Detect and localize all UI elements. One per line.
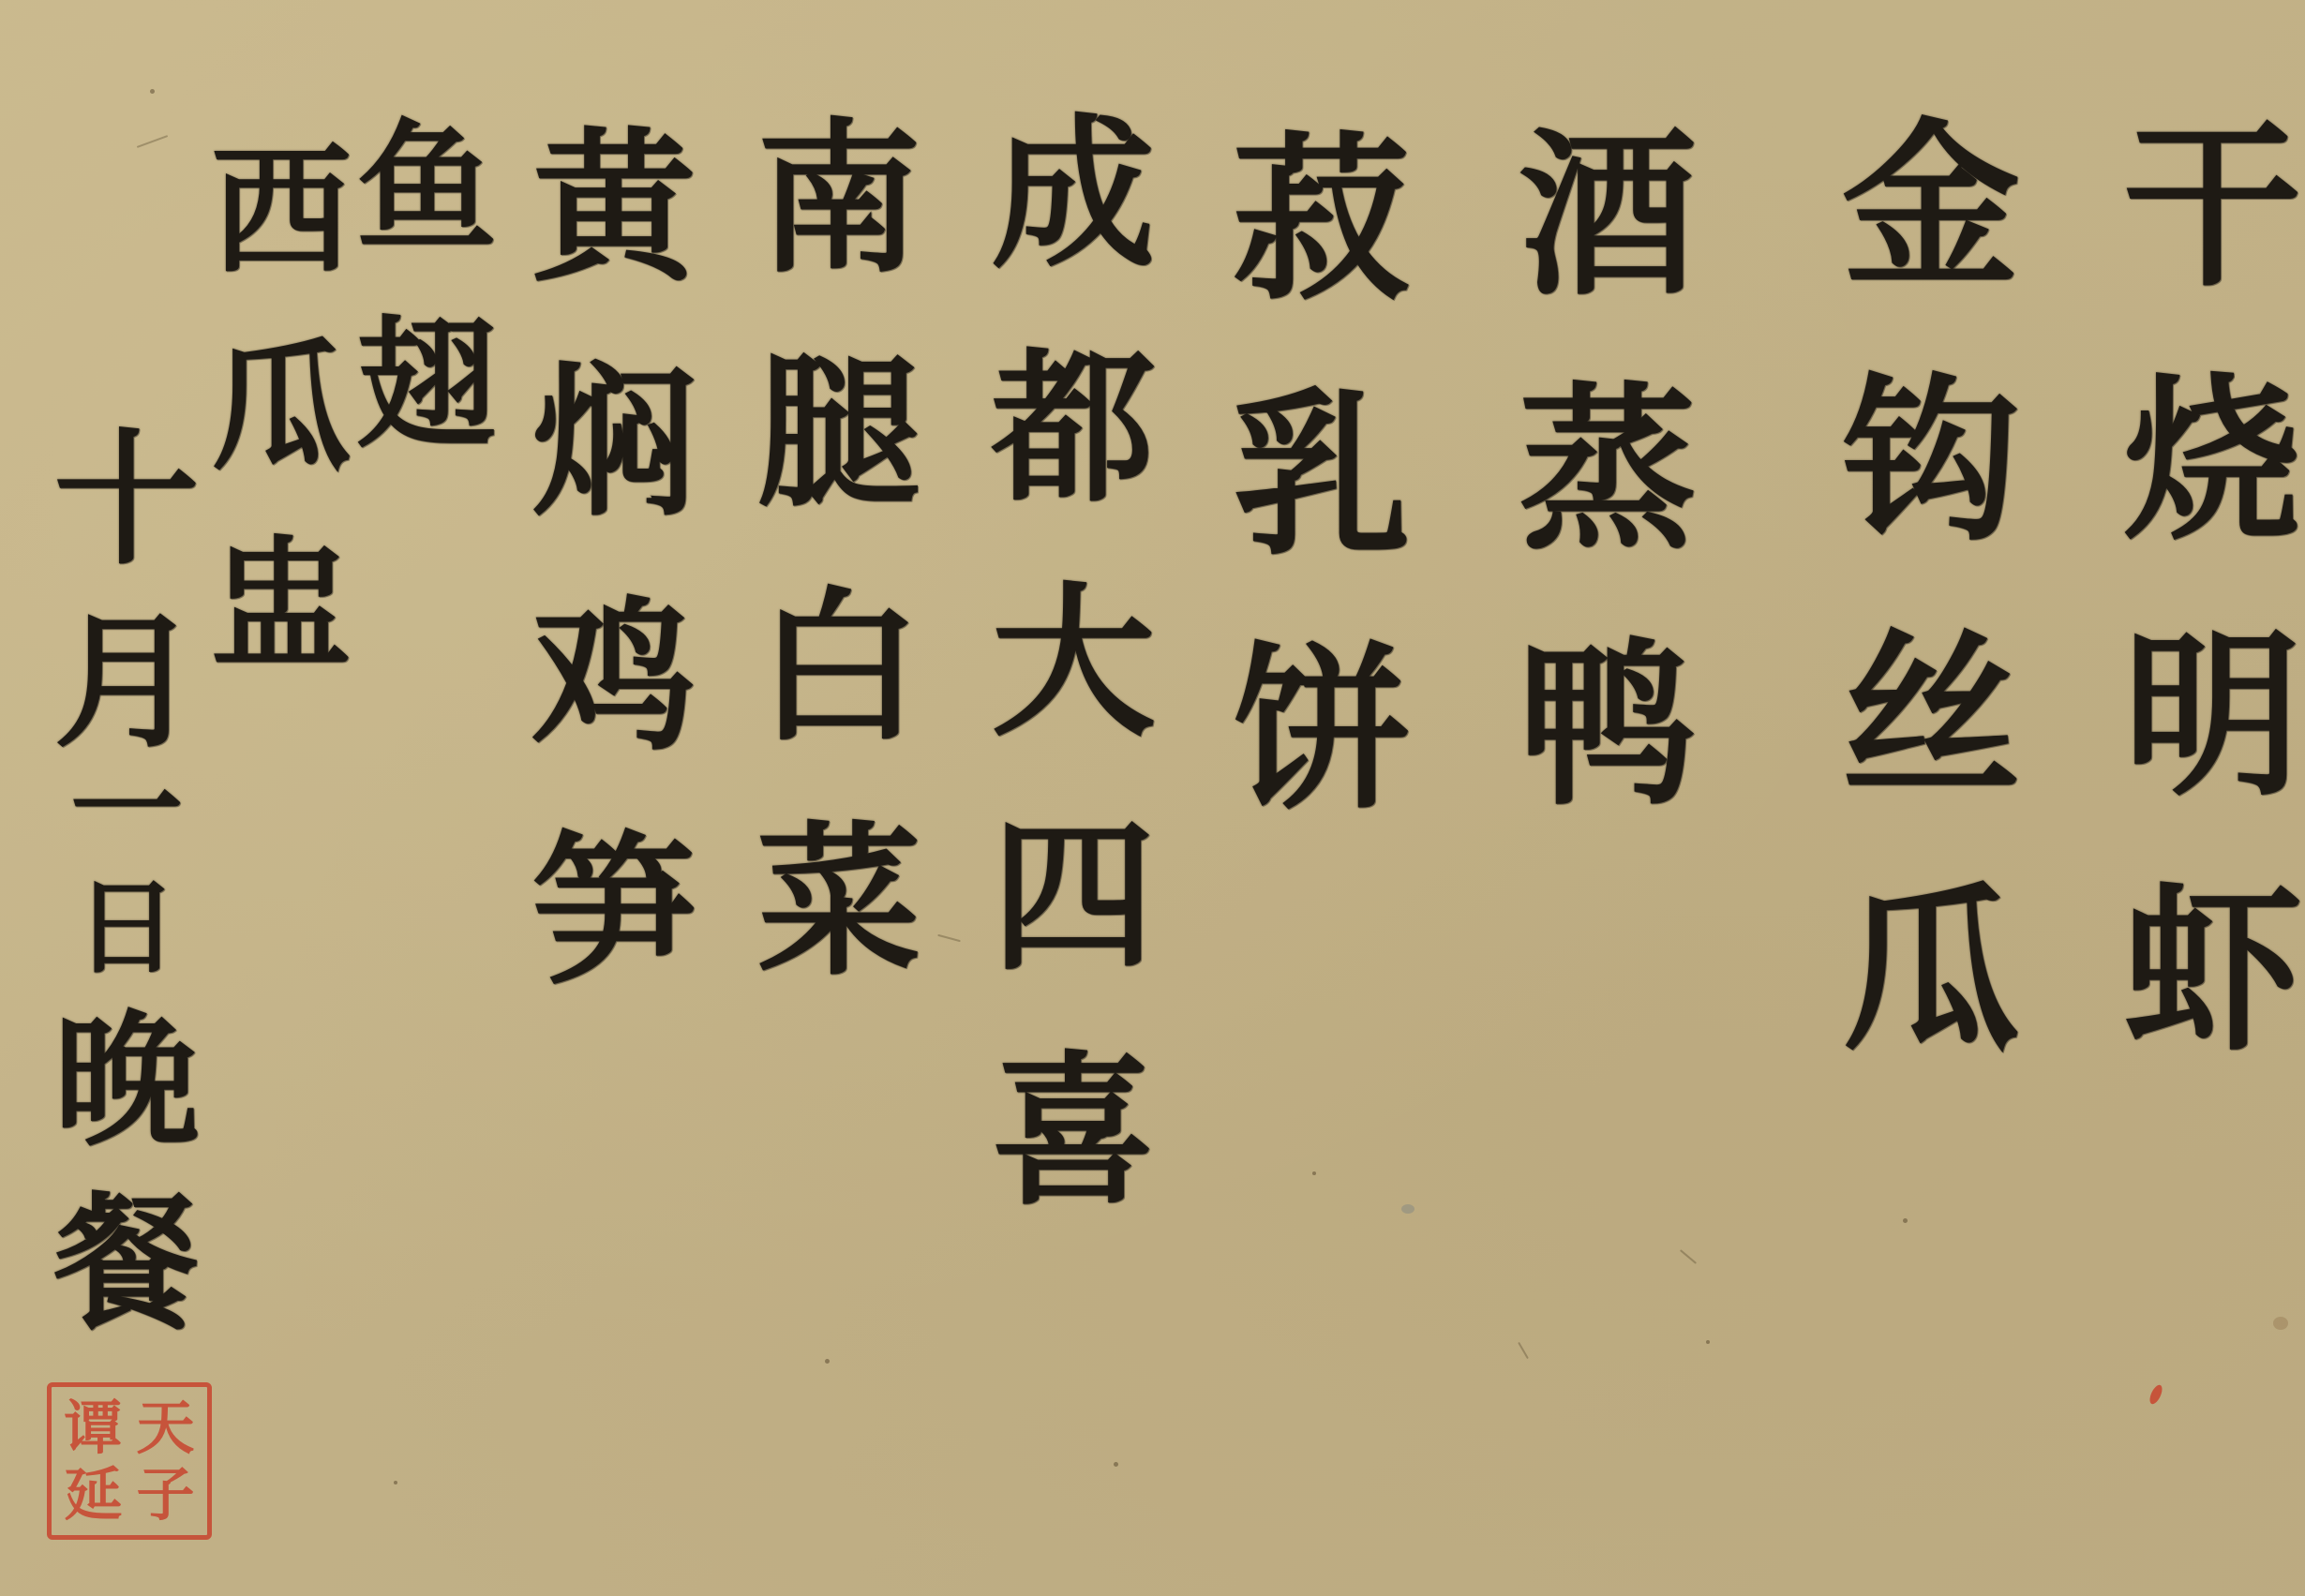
menu-char: 腿 — [757, 351, 921, 515]
menu-column-6: 南 腿 白 菜 — [741, 117, 937, 1054]
menu-char: 鸡 — [532, 595, 696, 759]
menu-char: 西 — [211, 141, 352, 281]
menu-char: 瓜 — [1842, 882, 2020, 1060]
inscription-char: 餐 — [54, 1190, 200, 1335]
menu-char: 焖 — [532, 361, 696, 525]
menu-char: 烧 — [2123, 372, 2301, 550]
paper-speck — [825, 1359, 830, 1364]
menu-char: 虾 — [2123, 882, 2301, 1060]
menu-char: 钩 — [1842, 372, 2020, 550]
menu-char: 盅 — [211, 534, 352, 675]
menu-char: 鱼 — [356, 117, 497, 258]
paper-speck — [1706, 1340, 1710, 1344]
menu-char: 大 — [992, 581, 1156, 745]
menu-char: 四 — [992, 815, 1156, 979]
paper-fiber — [937, 934, 961, 942]
menu-column-2: 金 钩 丝 瓜 — [1828, 117, 2034, 1137]
menu-char: 菜 — [757, 820, 921, 984]
menu-char: 南 — [757, 117, 921, 281]
menu-char: 翅 — [356, 314, 497, 455]
menu-char: 黄 — [532, 127, 696, 291]
menu-column-4: 菽 乳 饼 — [1219, 131, 1425, 896]
menu-char: 金 — [1842, 117, 2020, 295]
paper-speck — [394, 1481, 397, 1484]
menu-char: 明 — [2123, 627, 2301, 805]
menu-char: 瓜 — [211, 337, 352, 478]
menu-char: 成 — [992, 112, 1156, 276]
menu-char: 乳 — [1233, 386, 1411, 564]
menu-column-5: 成 都 大 四 喜 — [965, 112, 1181, 1284]
menu-char: 酒 — [1519, 127, 1697, 305]
seal-char: 子 — [136, 1466, 194, 1524]
paper-speck — [1903, 1218, 1908, 1223]
seal-char: 天 — [136, 1399, 194, 1457]
inscription-column: 十 月 一 日 晚 餐 — [33, 426, 220, 1373]
inscription-char: 晚 — [54, 1007, 200, 1153]
seal-right-column: 天 子 — [129, 1395, 202, 1528]
paper-fiber — [1518, 1342, 1529, 1359]
menu-char: 菽 — [1233, 131, 1411, 309]
seal-left-column: 谭 延 — [57, 1395, 129, 1528]
paper-fiber — [1680, 1249, 1697, 1264]
menu-column-1: 干 烧 明 虾 — [2128, 117, 2297, 1137]
menu-char: 干 — [2123, 117, 2301, 295]
menu-char: 鸭 — [1519, 636, 1697, 814]
paper-speck — [150, 89, 155, 94]
paper-stain — [1401, 1204, 1414, 1214]
inscription-char: 月 — [54, 609, 200, 754]
calligraphy-paper: 干 烧 明 虾 金 钩 丝 瓜 酒 蒸 鸭 菽 乳 饼 成 都 大 四 喜 南 … — [0, 0, 2305, 1596]
paper-fiber — [137, 135, 169, 148]
inscription-char: 一 — [70, 754, 183, 867]
menu-column-7: 黄 焖 鸡 笋 — [520, 127, 708, 1064]
paper-stain — [2273, 1317, 2288, 1330]
menu-char: 丝 — [1842, 627, 2020, 805]
red-ink-dot — [2148, 1383, 2164, 1406]
menu-char: 都 — [992, 347, 1156, 511]
paper-speck — [1114, 1462, 1118, 1467]
paper-speck — [1312, 1171, 1316, 1175]
menu-char: 喜 — [992, 1050, 1156, 1214]
seal-char: 谭 — [64, 1399, 122, 1457]
menu-column-8: 鱼 翅 — [347, 117, 506, 511]
seal-char: 延 — [64, 1466, 122, 1524]
menu-char: 白 — [757, 586, 921, 750]
menu-column-3: 酒 蒸 鸭 — [1509, 127, 1706, 891]
inscription-char: 十 — [54, 426, 200, 572]
menu-char: 饼 — [1233, 641, 1411, 819]
menu-char: 蒸 — [1519, 381, 1697, 559]
artist-seal: 天 子 谭 延 — [47, 1382, 212, 1540]
inscription-char: 日 — [75, 876, 178, 979]
menu-char: 笋 — [532, 829, 696, 993]
menu-column-9: 西 瓜 盅 — [206, 141, 356, 731]
